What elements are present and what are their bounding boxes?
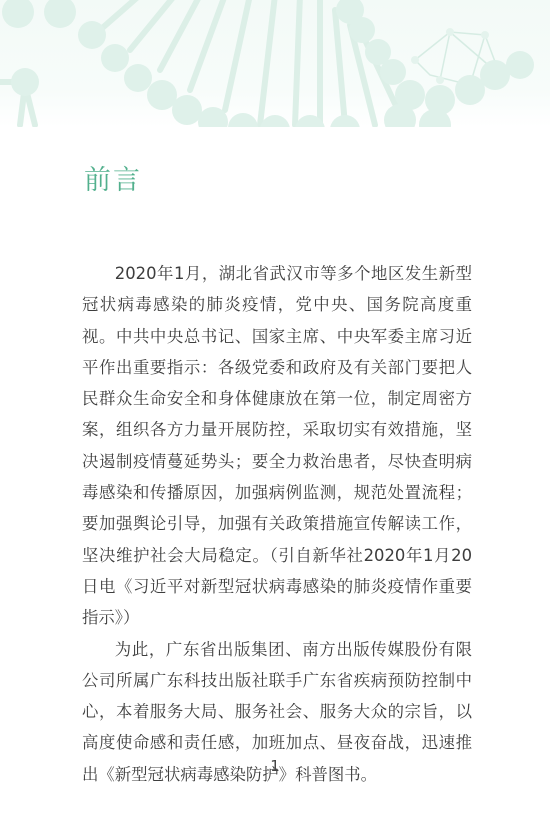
preface-body: 2020年1月，湖北省武汉市等多个地区发生新型冠状病毒感染的肺炎疫情，党中央、国… [82, 258, 472, 790]
page-title: 前言 [84, 158, 142, 197]
header-banner [0, 0, 550, 127]
paragraph-1: 2020年1月，湖北省武汉市等多个地区发生新型冠状病毒感染的肺炎疫情，党中央、国… [82, 258, 472, 634]
dna-helix-icon [0, 0, 550, 127]
page-number: 1 [0, 757, 550, 775]
